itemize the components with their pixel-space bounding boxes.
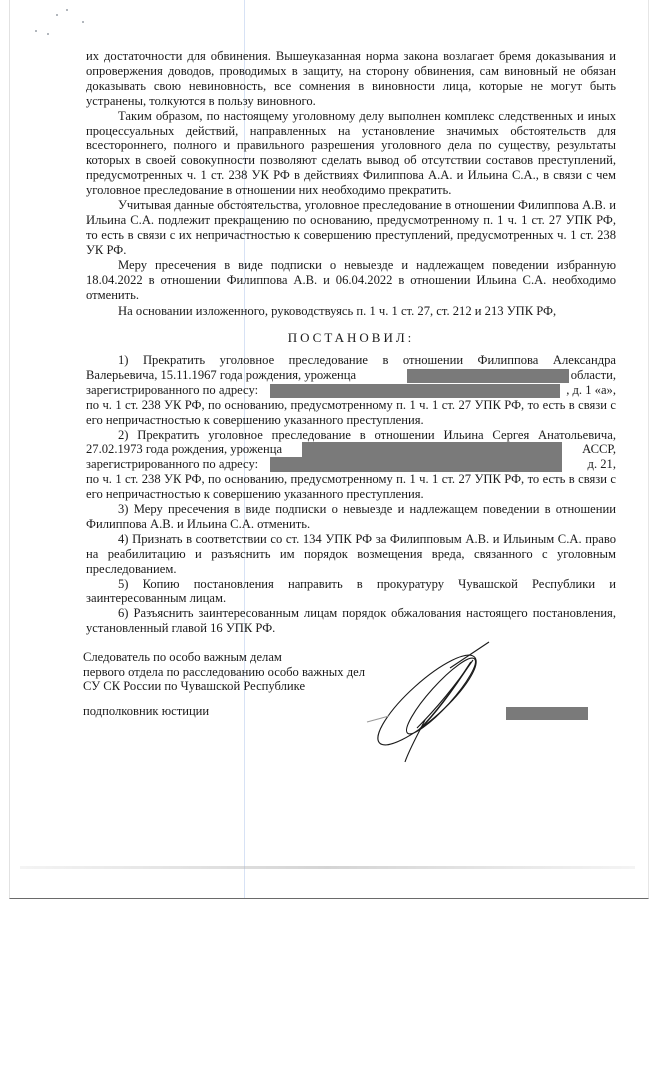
item1-birth: Валерьевича, 15.11.1967 года рождения, у…: [86, 368, 356, 382]
item2-region: АССР,: [582, 442, 616, 457]
redaction-signatory-name: [506, 707, 588, 720]
item1-address-label: зарегистрированного по адресу:: [86, 383, 258, 397]
paragraph-conclusion: Таким образом, по настоящему уголовному …: [86, 109, 616, 198]
resolution-heading: ПОСТАНОВИЛ:: [86, 330, 616, 346]
scan-speck: [47, 33, 49, 35]
item3: 3) Меру пресечения в виде подписки о нев…: [86, 502, 616, 532]
item1-region: области,: [571, 368, 616, 383]
item2-rest: по ч. 1 ст. 238 УК РФ, по основанию, пре…: [86, 472, 616, 502]
scan-artifact: [20, 866, 635, 869]
redaction-address-1: [270, 384, 560, 398]
item2-address-label: зарегистрированного по адресу:: [86, 457, 258, 471]
item6: 6) Разъяснить заинтересованным лицам пор…: [86, 606, 616, 636]
item1-house: , д. 1 «а»,: [566, 383, 616, 398]
scan-speck: [82, 21, 84, 23]
item2-house: д. 21,: [588, 457, 616, 472]
redaction-address-2: [270, 457, 562, 472]
signature-icon: [355, 638, 495, 766]
redaction-birthplace-2: [302, 442, 562, 457]
redaction-birthplace-1: [407, 369, 569, 383]
intro-text: их достаточности для обвинения. Вышеуказ…: [86, 49, 616, 319]
scan-speck: [56, 14, 58, 16]
item4: 4) Признать в соответствии со ст. 134 УП…: [86, 532, 616, 577]
item2-birth: 27.02.1973 года рождения, уроженца: [86, 442, 282, 456]
item1-rest: по ч. 1 ст. 238 УК РФ, по основанию, пре…: [86, 398, 616, 428]
signatory-block: Следователь по особо важным делам первог…: [83, 650, 365, 694]
signatory-department: первого отдела по расследованию особо ва…: [83, 665, 365, 680]
scan-speck: [35, 30, 37, 32]
paragraph-continuation: их достаточности для обвинения. Вышеуказ…: [86, 49, 616, 109]
signatory-organization: СУ СК России по Чувашской Республике: [83, 679, 365, 694]
scan-speck: [66, 9, 68, 11]
item1-line1: 1) Прекратить уголовное преследование в …: [86, 353, 616, 368]
item5: 5) Копию постановления направить в проку…: [86, 577, 616, 607]
signatory-rank: подполковник юстиции: [83, 704, 209, 719]
paragraph-basis: На основании изложенного, руководствуясь…: [86, 304, 616, 319]
item2-line1: 2) Прекратить уголовное преследование в …: [86, 428, 616, 443]
signatory-title: Следователь по особо важным делам: [83, 650, 365, 665]
paragraph-considering: Учитывая данные обстоятельства, уголовно…: [86, 198, 616, 258]
paragraph-measure: Меру пресечения в виде подписки о невыез…: [86, 258, 616, 303]
